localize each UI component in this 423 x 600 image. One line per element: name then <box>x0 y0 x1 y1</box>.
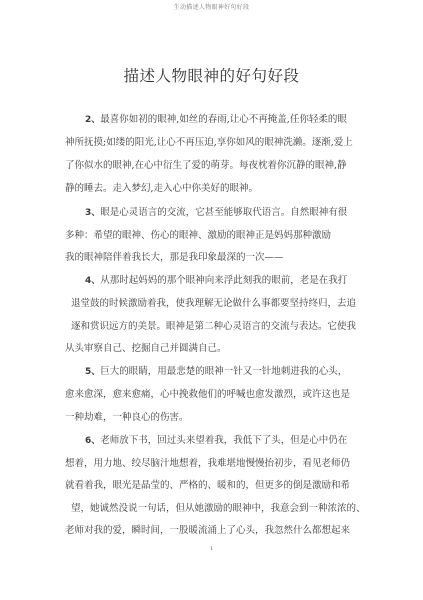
paragraph-5-line-1: 5、巨大的眼睛，用最悲楚的眼神一针又一针地刺进我的心头， <box>65 363 381 377</box>
paragraph-6-line-4: 望，她诚然没说一句话，但从她激励的眼神中，我意会到一种浓浓的、 <box>65 500 367 514</box>
paragraph-number: 4、 <box>85 276 100 286</box>
paragraph-4-line-3: 逐和赏识远方的美景。眼神是第二种心灵语言的交流与表达。它使我 <box>65 318 367 332</box>
paragraph-6-line-1: 6、老师放下书，回过头来望着我，我低下了头，但是心中仍在 <box>65 432 381 446</box>
paragraph-6-line-3: 就看着我，眼光是晶莹的、严格的、暖和的，但更多的倒是激励和希 <box>65 477 361 491</box>
paragraph-2-line-4: 静的睡去。走入梦幻,走入心中你美好的眼神。 <box>65 180 361 194</box>
paragraph-5-line-2: 愈来愈深，愈来愈痛，心中挽救他们的呼喊也愈发激烈，或许这也是 <box>65 386 361 400</box>
paragraph-5-line-3: 一种劫难，一种良心的伤害。 <box>65 409 361 423</box>
paragraph-number: 6、 <box>85 436 100 446</box>
paragraph-number: 5、 <box>85 367 100 377</box>
paragraph-number: 2、 <box>85 115 100 125</box>
paragraph-4-line-4: 从头审察自己、挖掘自己并圆满自己。 <box>65 340 361 354</box>
paragraph-6-line-5: 老师对我的爱，瞬时间，一股暖流涌上了心头，我忽然什么都想起来 <box>65 522 361 536</box>
page-title: 描述人物眼神的好句好段 <box>0 64 423 86</box>
paragraph-3-line-1: 3、眼是心灵语言的交流，它甚至能够取代语言。自然眼神有很 <box>65 204 381 218</box>
paragraph-2-line-3: 了你似水的眼神,在心中衍生了爱的萌芽。每夜枕着你沉静的眼神,静 <box>65 157 361 171</box>
paragraph-3-line-3: 我的眼神陪伴着我长大，那是我印象最深的一次—— <box>65 249 361 263</box>
paragraph-4-line-1: 4、从那时起妈妈的那个眼神向来浮此刻我的眼前，老是在我打 <box>65 272 381 286</box>
page-number: 1 <box>0 546 423 552</box>
paragraph-4-line-2: 退堂鼓的时候激励着我，使我理解无论做什么事都要坚持终归，去追 <box>65 295 367 309</box>
paragraph-3-line-2: 多种：希望的眼神、伤心的眼神、激励的眼神正是妈妈那种激励 <box>65 227 361 241</box>
paragraph-2-line-1: 2、最喜你如初的眼神,如丝的春雨,让心不再掩盖,任你轻柔的眼 <box>65 111 381 125</box>
running-header: 生动描述人物眼神好句好段 <box>0 2 423 11</box>
paragraph-6-line-2: 想着，用力地、绞尽脑汁地想着，我难堪地慢慢抬初步，看见老师仍 <box>65 455 361 469</box>
paragraph-number: 3、 <box>85 208 100 218</box>
paragraph-2-line-2: 神所抚摸;如缕的阳光,让心不再压迫,享你如风的眼神洗濑。逐渐,爱上 <box>65 134 361 148</box>
